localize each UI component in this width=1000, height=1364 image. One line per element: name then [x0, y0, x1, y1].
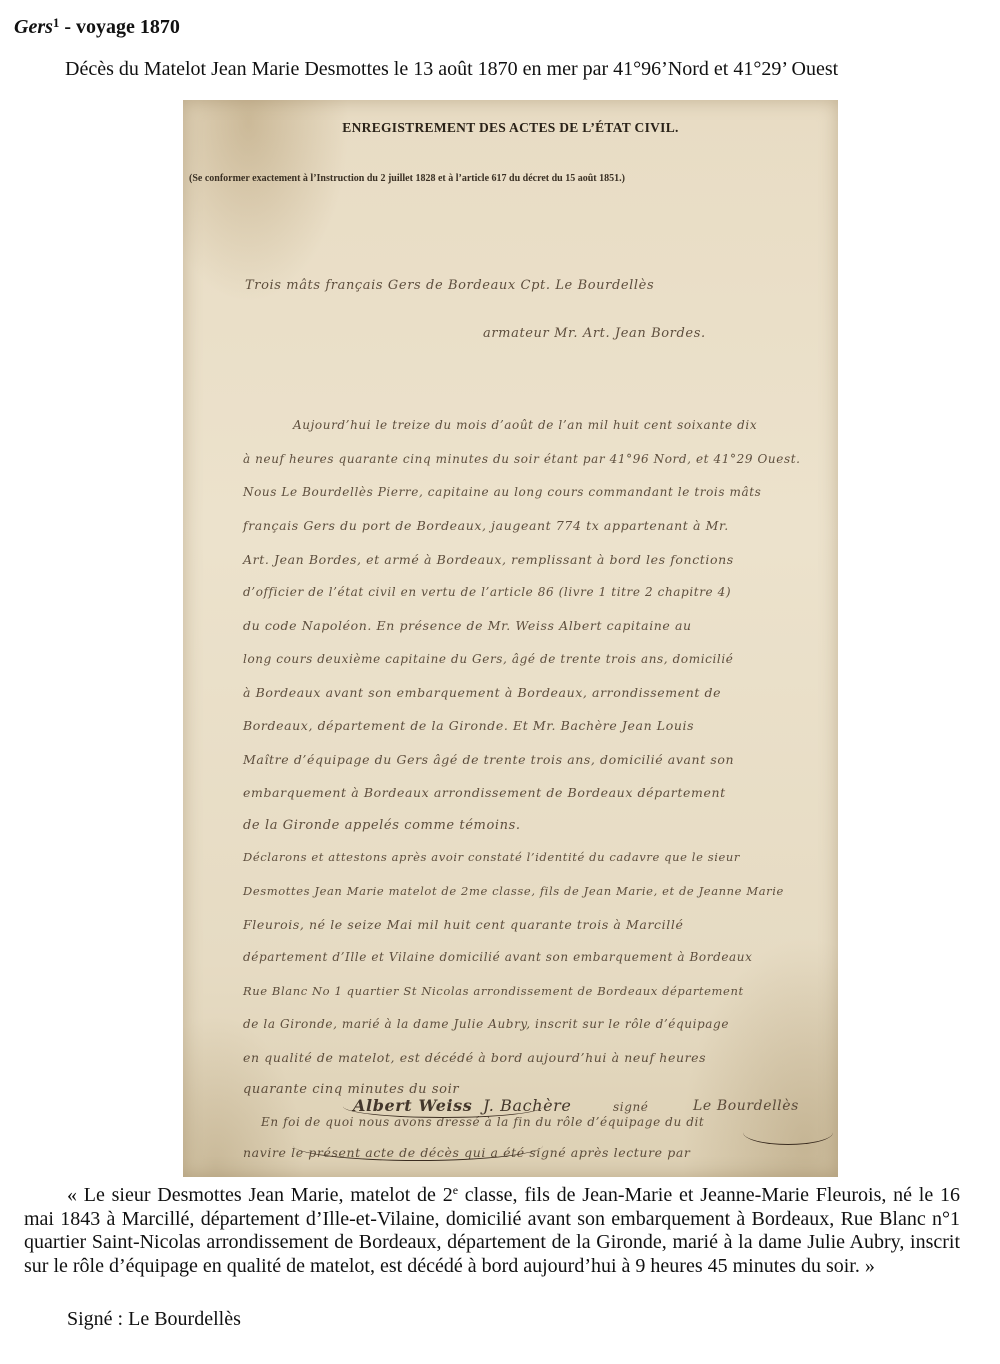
handwritten-line: d’officier de l’état civil en vertu de l… — [243, 585, 731, 599]
handwritten-line: Bordeaux, département de la Gironde. Et … — [243, 718, 694, 733]
handwritten-line: Aujourd’hui le treize du mois d’août de … — [293, 418, 757, 432]
handwritten-line: Déclarons et attestons après avoir const… — [243, 850, 740, 864]
transcription-paragraph: « Le sieur Desmottes Jean Marie, matelot… — [24, 1184, 960, 1278]
printed-instruction: (Se conformer exactement à l’Instruction… — [189, 173, 625, 184]
handwritten-line: Trois mâts français Gers de Bordeaux Cpt… — [245, 278, 654, 293]
page-title: Gers1 - voyage 1870 — [14, 14, 180, 40]
title-rest: - voyage 1870 — [59, 16, 180, 38]
transcription-text-a: « Le sieur Desmottes Jean Marie, matelot… — [67, 1184, 453, 1206]
handwritten-line: de la Gironde appelés comme témoins. — [243, 818, 521, 833]
handwritten-line: Art. Jean Bordes, et armé à Bordeaux, re… — [243, 552, 734, 567]
handwritten-line: quarante cinq minutes du soir — [243, 1082, 459, 1097]
page-subtitle: Décès du Matelot Jean Marie Desmottes le… — [65, 56, 838, 82]
handwritten-line: Desmottes Jean Marie matelot de 2me clas… — [243, 884, 784, 898]
archival-document-image: ENREGISTREMENT DES ACTES DE L’ÉTAT CIVIL… — [183, 100, 838, 1177]
handwritten-line: Nous Le Bourdellès Pierre, capitaine au … — [243, 485, 761, 499]
handwritten-line: à Bordeaux avant son embarquement à Bord… — [243, 685, 721, 700]
handwritten-line: long cours deuxième capitaine du Gers, â… — [243, 652, 733, 666]
handwritten-line: En foi de quoi nous avons dressé à la fi… — [261, 1115, 704, 1129]
transcription: « Le sieur Desmottes Jean Marie, matelot… — [24, 1184, 960, 1278]
handwritten-line: navire le présent acte de décès qui a ét… — [243, 1145, 690, 1160]
handwritten-line: de la Gironde, marié à la dame Julie Aub… — [243, 1017, 729, 1031]
handwritten-line: département d’Ille et Vilaine domicilié … — [243, 950, 753, 964]
handwritten-line: à neuf heures quarante cinq minutes du s… — [243, 452, 801, 466]
handwritten-line: du code Napoléon. En présence de Mr. Wei… — [243, 618, 692, 633]
signed-by: Signé : Le Bourdellès — [67, 1306, 241, 1332]
handwritten-line: Rue Blanc No 1 quartier St Nicolas arron… — [243, 984, 744, 998]
ship-name: Gers — [14, 16, 53, 38]
handwritten-line: embarquement à Bordeaux arrondissement d… — [243, 785, 726, 800]
handwritten-line: en qualité de matelot, est décédé à bord… — [243, 1050, 706, 1065]
handwritten-line: armateur Mr. Art. Jean Bordes. — [483, 326, 706, 341]
handwritten-line: français Gers du port de Bordeaux, jauge… — [243, 518, 729, 533]
handwritten-line: Maître d’équipage du Gers âgé de trente … — [243, 752, 734, 767]
printed-header: ENREGISTREMENT DES ACTES DE L’ÉTAT CIVIL… — [183, 120, 838, 136]
handwritten-line: Fleurois, né le seize Mai mil huit cent … — [243, 917, 683, 932]
